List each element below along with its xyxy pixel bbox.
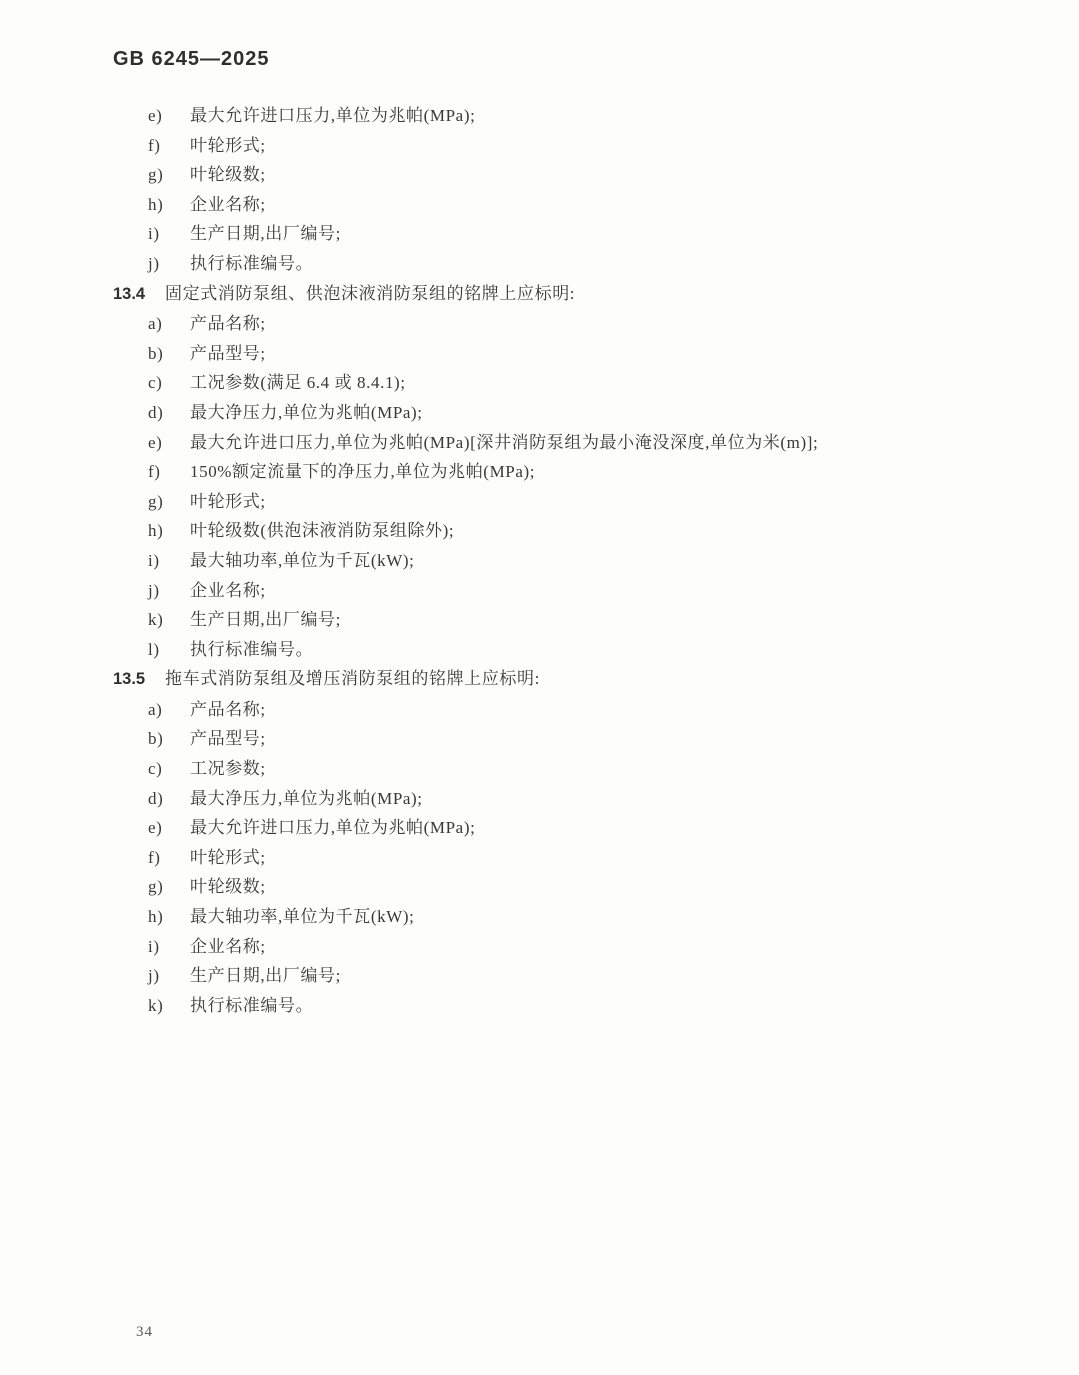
list-item: a)产品名称; <box>113 695 1013 725</box>
clause-number: 13.5 <box>113 665 165 695</box>
list-item: h)最大轴功率,单位为千瓦(kW); <box>113 902 1013 932</box>
list-item: d)最大净压力,单位为兆帕(MPa); <box>113 398 1013 428</box>
list-item-label: f) <box>148 843 190 873</box>
list-item: j)生产日期,出厂编号; <box>113 961 1013 991</box>
list-item-label: i) <box>148 932 190 962</box>
list-item-text: 工况参数(满足 6.4 或 8.4.1); <box>190 373 406 392</box>
list-item-label: l) <box>148 635 190 665</box>
list-item-text: 最大净压力,单位为兆帕(MPa); <box>190 403 423 422</box>
list-item-text: 生产日期,出厂编号; <box>190 966 341 985</box>
clause-heading: 13.4固定式消防泵组、供泡沫液消防泵组的铭牌上应标明: <box>113 279 1013 310</box>
list-item: a)产品名称; <box>113 309 1013 339</box>
list-item: h)叶轮级数(供泡沫液消防泵组除外); <box>113 516 1013 546</box>
list-item: c)工况参数(满足 6.4 或 8.4.1); <box>113 368 1013 398</box>
document-page: GB 6245—2025 e)最大允许进口压力,单位为兆帕(MPa);f)叶轮形… <box>0 0 1079 1375</box>
list-item-text: 产品名称; <box>190 314 266 333</box>
list-item-text: 最大允许进口压力,单位为兆帕(MPa); <box>190 106 475 125</box>
list-item-label: f) <box>148 131 190 161</box>
list-item: j)企业名称; <box>113 576 1013 606</box>
list-item: l)执行标准编号。 <box>113 635 1013 665</box>
list-item-text: 执行标准编号。 <box>190 254 313 273</box>
clause-title: 拖车式消防泵组及增压消防泵组的铭牌上应标明: <box>165 669 540 688</box>
list-item-text: 叶轮级数(供泡沫液消防泵组除外); <box>190 521 454 540</box>
list-item-label: k) <box>148 991 190 1021</box>
list-item-label: i) <box>148 219 190 249</box>
list-item-label: i) <box>148 546 190 576</box>
list-item: d)最大净压力,单位为兆帕(MPa); <box>113 784 1013 814</box>
list-item-label: j) <box>148 576 190 606</box>
list-item-text: 叶轮形式; <box>190 492 266 511</box>
list-item-label: k) <box>148 605 190 635</box>
list-item-label: g) <box>148 487 190 517</box>
list-item-label: a) <box>148 695 190 725</box>
list-item-label: j) <box>148 961 190 991</box>
list-item-text: 企业名称; <box>190 195 266 214</box>
list-item: g)叶轮级数; <box>113 160 1013 190</box>
list-item: c)工况参数; <box>113 754 1013 784</box>
standard-number: GB 6245—2025 <box>113 48 270 71</box>
list-item-label: d) <box>148 784 190 814</box>
list-item: i)生产日期,出厂编号; <box>113 219 1013 249</box>
list-item-text: 执行标准编号。 <box>190 640 313 659</box>
list-item-text: 叶轮级数; <box>190 877 266 896</box>
list-item: j)执行标准编号。 <box>113 249 1013 279</box>
list-item-text: 150%额定流量下的净压力,单位为兆帕(MPa); <box>190 462 535 481</box>
list-item-text: 生产日期,出厂编号; <box>190 224 341 243</box>
list-item-text: 最大轴功率,单位为千瓦(kW); <box>190 907 414 926</box>
list-item-label: b) <box>148 724 190 754</box>
page-number: 34 <box>136 1324 153 1341</box>
list-item: i)最大轴功率,单位为千瓦(kW); <box>113 546 1013 576</box>
list-item-label: e) <box>148 428 190 458</box>
list-item: b)产品型号; <box>113 339 1013 369</box>
list-item-text: 叶轮形式; <box>190 848 266 867</box>
list-item-label: b) <box>148 339 190 369</box>
list-item-label: a) <box>148 309 190 339</box>
clause-number: 13.4 <box>113 280 165 310</box>
clause-title: 固定式消防泵组、供泡沫液消防泵组的铭牌上应标明: <box>165 284 575 303</box>
list-item: f)150%额定流量下的净压力,单位为兆帕(MPa); <box>113 457 1013 487</box>
list-item-text: 最大净压力,单位为兆帕(MPa); <box>190 789 423 808</box>
list-item-text: 企业名称; <box>190 937 266 956</box>
list-item-text: 工况参数; <box>190 759 266 778</box>
list-item: b)产品型号; <box>113 724 1013 754</box>
list-item-text: 企业名称; <box>190 581 266 600</box>
list-item-text: 产品型号; <box>190 344 266 363</box>
list-item: e)最大允许进口压力,单位为兆帕(MPa); <box>113 813 1013 843</box>
list-item-label: c) <box>148 754 190 784</box>
clause-heading: 13.5拖车式消防泵组及增压消防泵组的铭牌上应标明: <box>113 664 1013 695</box>
list-item: e)最大允许进口压力,单位为兆帕(MPa); <box>113 101 1013 131</box>
list-item: e)最大允许进口压力,单位为兆帕(MPa)[深井消防泵组为最小淹没深度,单位为米… <box>113 428 1013 458</box>
list-item-label: e) <box>148 813 190 843</box>
list-item: k)执行标准编号。 <box>113 991 1013 1021</box>
list-item-label: g) <box>148 160 190 190</box>
list-item: g)叶轮级数; <box>113 872 1013 902</box>
list-item: h)企业名称; <box>113 190 1013 220</box>
list-item: i)企业名称; <box>113 932 1013 962</box>
list-item-text: 最大轴功率,单位为千瓦(kW); <box>190 551 414 570</box>
list-item-text: 叶轮形式; <box>190 136 266 155</box>
list-item-label: g) <box>148 872 190 902</box>
list-item: g)叶轮形式; <box>113 487 1013 517</box>
list-item: f)叶轮形式; <box>113 131 1013 161</box>
list-item-text: 叶轮级数; <box>190 165 266 184</box>
list-item-label: j) <box>148 249 190 279</box>
list-item: k)生产日期,出厂编号; <box>113 605 1013 635</box>
list-item-label: h) <box>148 516 190 546</box>
list-item-text: 生产日期,出厂编号; <box>190 610 341 629</box>
list-item-text: 产品型号; <box>190 729 266 748</box>
list-item-text: 最大允许进口压力,单位为兆帕(MPa)[深井消防泵组为最小淹没深度,单位为米(m… <box>190 433 818 452</box>
list-item-text: 最大允许进口压力,单位为兆帕(MPa); <box>190 818 475 837</box>
list-item-text: 执行标准编号。 <box>190 996 313 1015</box>
list-item-label: d) <box>148 398 190 428</box>
list-item-label: e) <box>148 101 190 131</box>
list-item-label: h) <box>148 190 190 220</box>
document-body: e)最大允许进口压力,单位为兆帕(MPa);f)叶轮形式;g)叶轮级数;h)企业… <box>113 101 1013 1020</box>
list-item-label: c) <box>148 368 190 398</box>
list-item: f)叶轮形式; <box>113 843 1013 873</box>
list-item-text: 产品名称; <box>190 700 266 719</box>
list-item-label: h) <box>148 902 190 932</box>
list-item-label: f) <box>148 457 190 487</box>
